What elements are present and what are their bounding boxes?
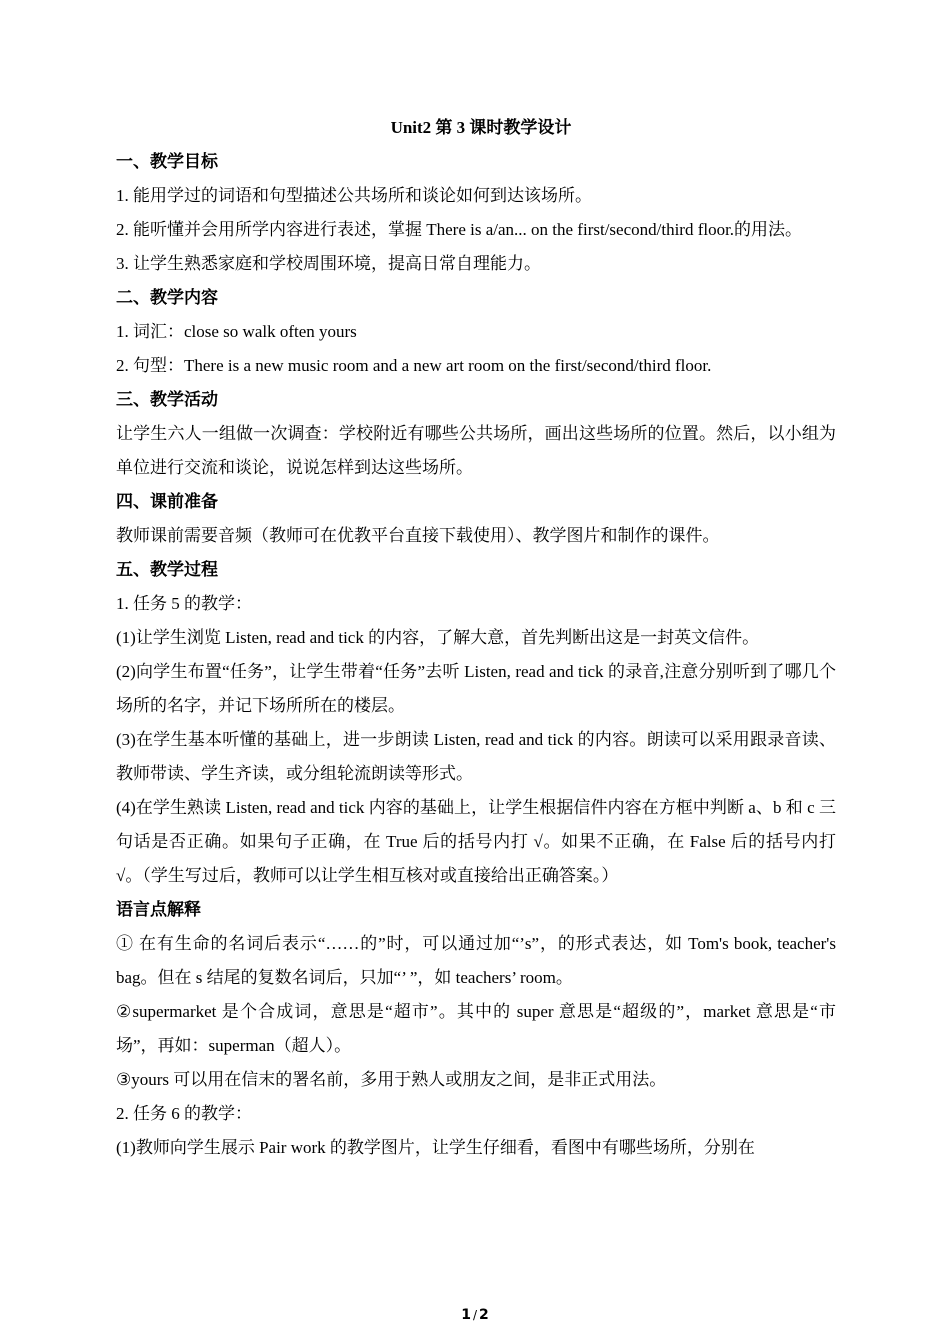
task5-heading: 1. 任务 5 的教学： [116,592,836,616]
task5-step: (2)向学生布置“任务”，让学生带着“任务”去听 Listen, read an… [116,655,836,723]
goal-item: 3. 让学生熟悉家庭和学校周围环境，提高日常自理能力。 [116,252,836,276]
content-item-vocabulary: 1. 词汇：close so walk often yours [116,320,836,344]
document-body: Unit2 第 3 课时教学设计 一、教学目标 1. 能用学过的词语和句型描述公… [116,116,836,1170]
preparation-paragraph: 教师课前需要音频（教师可在优教平台直接下载使用）、教学图片和制作的课件。 [116,524,836,548]
page-number: 1/2 [0,1305,950,1325]
language-point: ②supermarket 是个合成词，意思是“超市”。其中的 super 意思是… [116,995,836,1063]
document-title: Unit2 第 3 课时教学设计 [116,116,836,140]
total-pages: 2 [479,1307,489,1323]
language-point: ① 在有生命的名词后表示“……的”时，可以通过加“’s”，的形式表达，如 Tom… [116,927,836,995]
content-item-sentence: 2. 句型：There is a new music room and a ne… [116,354,836,378]
page-separator: / [473,1308,477,1322]
task6-step: (1)教师向学生展示 Pair work 的教学图片，让学生仔细看，看图中有哪些… [116,1136,836,1160]
section-heading-preparation: 四、课前准备 [116,490,836,514]
section-heading-activities: 三、教学活动 [116,388,836,412]
task5-step: (1)让学生浏览 Listen, read and tick 的内容，了解大意，… [116,626,836,650]
task5-step: (3)在学生基本听懂的基础上，进一步朗读 Listen, read and ti… [116,723,836,791]
section-heading-language-points: 语言点解释 [116,898,836,922]
current-page: 1 [461,1307,471,1323]
task6-heading: 2. 任务 6 的教学： [116,1102,836,1126]
goal-item: 1. 能用学过的词语和句型描述公共场所和谈论如何到达该场所。 [116,184,836,208]
task5-step: (4)在学生熟读 Listen, read and tick 内容的基础上，让学… [116,791,836,893]
section-heading-process: 五、教学过程 [116,558,836,582]
section-heading-goals: 一、教学目标 [116,150,836,174]
activity-paragraph: 让学生六人一组做一次调查：学校附近有哪些公共场所，画出这些场所的位置。然后，以小… [116,417,836,485]
document-page: Unit2 第 3 课时教学设计 一、教学目标 1. 能用学过的词语和句型描述公… [0,0,950,1344]
section-heading-content: 二、教学内容 [116,286,836,310]
goal-item: 2. 能听懂并会用所学内容进行表述，掌握 There is a/an... on… [116,213,836,247]
language-point: ③yours 可以用在信末的署名前，多用于熟人或朋友之间，是非正式用法。 [116,1068,836,1092]
